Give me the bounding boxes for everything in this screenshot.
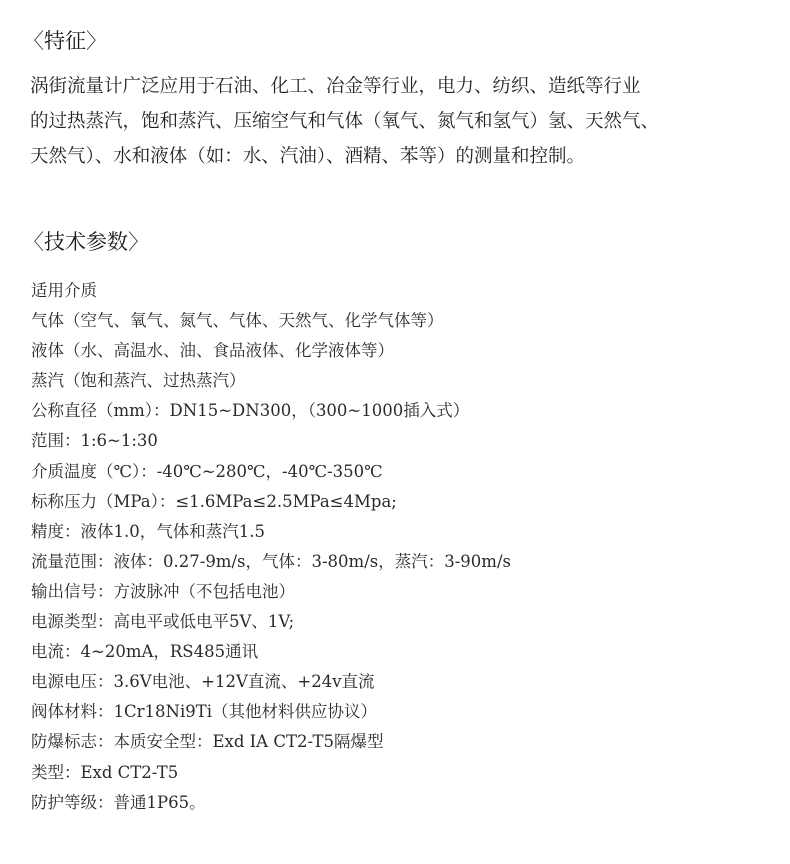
param-item-nominal-pressure: 标称压力（MPa）：≤1.6MPa≤2.5MPa≤4Mpa; bbox=[31, 487, 511, 517]
tech-params-heading-text: 技术参数 bbox=[44, 230, 128, 254]
features-line: 涡街流量计广泛应用于石油、化工、冶金等行业，电力、纺织、造纸等行业 bbox=[30, 69, 770, 104]
param-item-current: 电流：4~20mA，RS485通讯 bbox=[31, 637, 511, 667]
param-item-steam: 蒸汽（饱和蒸汽、过热蒸汽） bbox=[31, 366, 511, 396]
param-item-explosion-proof-mark: 防爆标志：本质安全型：Exd IA CT2-T5隔爆型 bbox=[31, 727, 511, 757]
param-item-output-signal: 输出信号：方波脉冲（不包括电池） bbox=[31, 577, 511, 607]
features-line: 的过热蒸汽，饱和蒸汽、压缩空气和气体（氧气、氮气和氢气）氢、天然气、 bbox=[30, 104, 770, 139]
tech-params-heading: 〈技术参数〉 bbox=[23, 228, 149, 256]
param-item-supply-voltage: 电源电压：3.6V电池、+12V直流、+24v直流 bbox=[31, 667, 511, 697]
param-item-body-material: 阀体材料：1Cr18Ni9Ti（其他材料供应协议） bbox=[31, 697, 511, 727]
param-item-protection-grade: 防护等级：普通1P65。 bbox=[31, 788, 511, 818]
heading-open-bracket: 〈 bbox=[23, 230, 44, 254]
param-item-nominal-diameter: 公称直径（mm）：DN15~DN300，（300~1000插入式） bbox=[31, 396, 511, 426]
heading-open-bracket: 〈 bbox=[23, 29, 44, 53]
param-item-liquid: 液体（水、高温水、油、食品液体、化学液体等） bbox=[31, 336, 511, 366]
param-item-power-type: 电源类型：高电平或低电平5V、1V; bbox=[31, 607, 511, 637]
features-heading: 〈特征〉 bbox=[23, 27, 107, 55]
tech-params-list: 适用介质 气体（空气、氧气、氮气、气体、天然气、化学气体等） 液体（水、高温水、… bbox=[31, 276, 511, 818]
param-item-medium-label: 适用介质 bbox=[31, 276, 511, 306]
param-item-flow-range: 流量范围：液体：0.27-9m/s，气体：3-80m/s，蒸汽：3-90m/s bbox=[31, 547, 511, 577]
param-item-gas: 气体（空气、氧气、氮气、气体、天然气、化学气体等） bbox=[31, 306, 511, 336]
features-heading-text: 特征 bbox=[44, 29, 86, 53]
param-item-type: 类型：Exd CT2-T5 bbox=[31, 758, 511, 788]
features-line: 天然气）、水和液体（如：水、汽油）、酒精、苯等）的测量和控制。 bbox=[30, 139, 770, 174]
features-paragraph: 涡街流量计广泛应用于石油、化工、冶金等行业，电力、纺织、造纸等行业 的过热蒸汽，… bbox=[30, 69, 770, 174]
param-item-accuracy: 精度：液体1.0，气体和蒸汽1.5 bbox=[31, 517, 511, 547]
heading-close-bracket: 〉 bbox=[128, 230, 149, 254]
param-item-range: 范围：1:6~1:30 bbox=[31, 426, 511, 456]
param-item-medium-temperature: 介质温度（℃）：-40℃~280℃，-40℃-350℃ bbox=[31, 457, 511, 487]
heading-close-bracket: 〉 bbox=[86, 29, 107, 53]
